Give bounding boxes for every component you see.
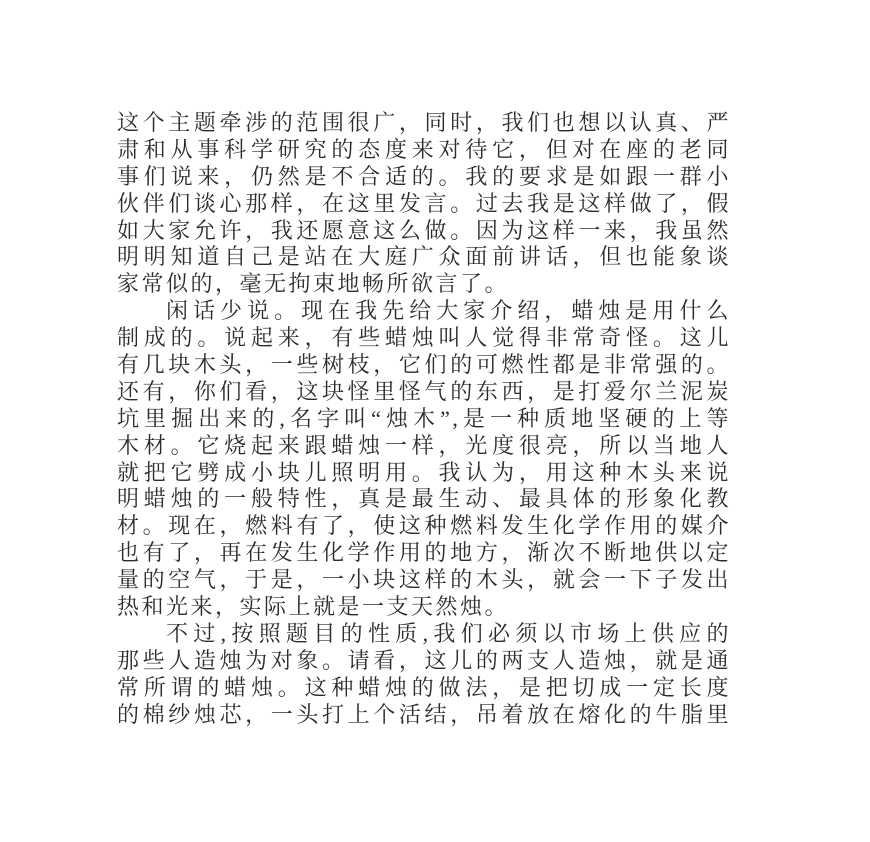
text-line: 还有，你们看，这块怪里怪气的东西，是打爱尔兰泥炭 [117, 379, 731, 406]
text-line: 闲话少说。现在我先给大家介绍，蜡烛是用什么 [117, 298, 731, 325]
text-line: 就把它劈成小块儿照明用。我认为，用这种木头来说 [117, 460, 731, 487]
text-line: 热和光来，实际上就是一支天然烛。 [117, 594, 731, 621]
body-text: 这个主题牵涉的范围很广，同时，我们也想以认真、严肃和从事科学研究的态度来对待它，… [117, 110, 731, 728]
text-line: 如大家允许，我还愿意这么做。因为这样一来，我虽然 [117, 218, 731, 245]
text-line: 肃和从事科学研究的态度来对待它，但对在座的老同 [117, 137, 731, 164]
text-line: 也有了，再在发生化学作用的地方，渐次不断地供以定 [117, 540, 731, 567]
text-line: 明明知道自己是站在大庭广众面前讲话，但也能象谈 [117, 244, 731, 271]
text-line: 材。现在，燃料有了，使这种燃料发生化学作用的媒介 [117, 513, 731, 540]
text-line: 明蜡烛的一般特性，真是最生动、最具体的形象化教 [117, 486, 731, 513]
text-line: 制成的。说起来，有些蜡烛叫人觉得非常奇怪。这儿 [117, 325, 731, 352]
scanned-page: 这个主题牵涉的范围很广，同时，我们也想以认真、严肃和从事科学研究的态度来对待它，… [0, 0, 870, 842]
text-line: 那些人造烛为对象。请看，这儿的两支人造烛，就是通 [117, 648, 731, 675]
text-line: 的棉纱烛芯，一头打上个活结，吊着放在熔化的牛脂里 [117, 702, 731, 729]
text-line: 事们说来，仍然是不合适的。我的要求是如跟一群小 [117, 164, 731, 191]
text-line: 坑里掘出来的,名字叫“烛木”,是一种质地坚硬的上等 [117, 406, 731, 433]
text-line: 这个主题牵涉的范围很广，同时，我们也想以认真、严 [117, 110, 731, 137]
text-line: 伙伴们谈心那样，在这里发言。过去我是这样做了，假 [117, 191, 731, 218]
text-line: 家常似的，毫无拘束地畅所欲言了。 [117, 271, 731, 298]
text-line: 木材。它烧起来跟蜡烛一样，光度很亮，所以当地人 [117, 433, 731, 460]
text-line: 有几块木头，一些树枝，它们的可燃性都是非常强的。 [117, 352, 731, 379]
text-line: 不过,按照题目的性质,我们必须以市场上供应的 [117, 621, 731, 648]
text-line: 量的空气，于是，一小块这样的木头，就会一下子发出 [117, 567, 731, 594]
text-line: 常所谓的蜡烛。这种蜡烛的做法，是把切成一定长度 [117, 675, 731, 702]
